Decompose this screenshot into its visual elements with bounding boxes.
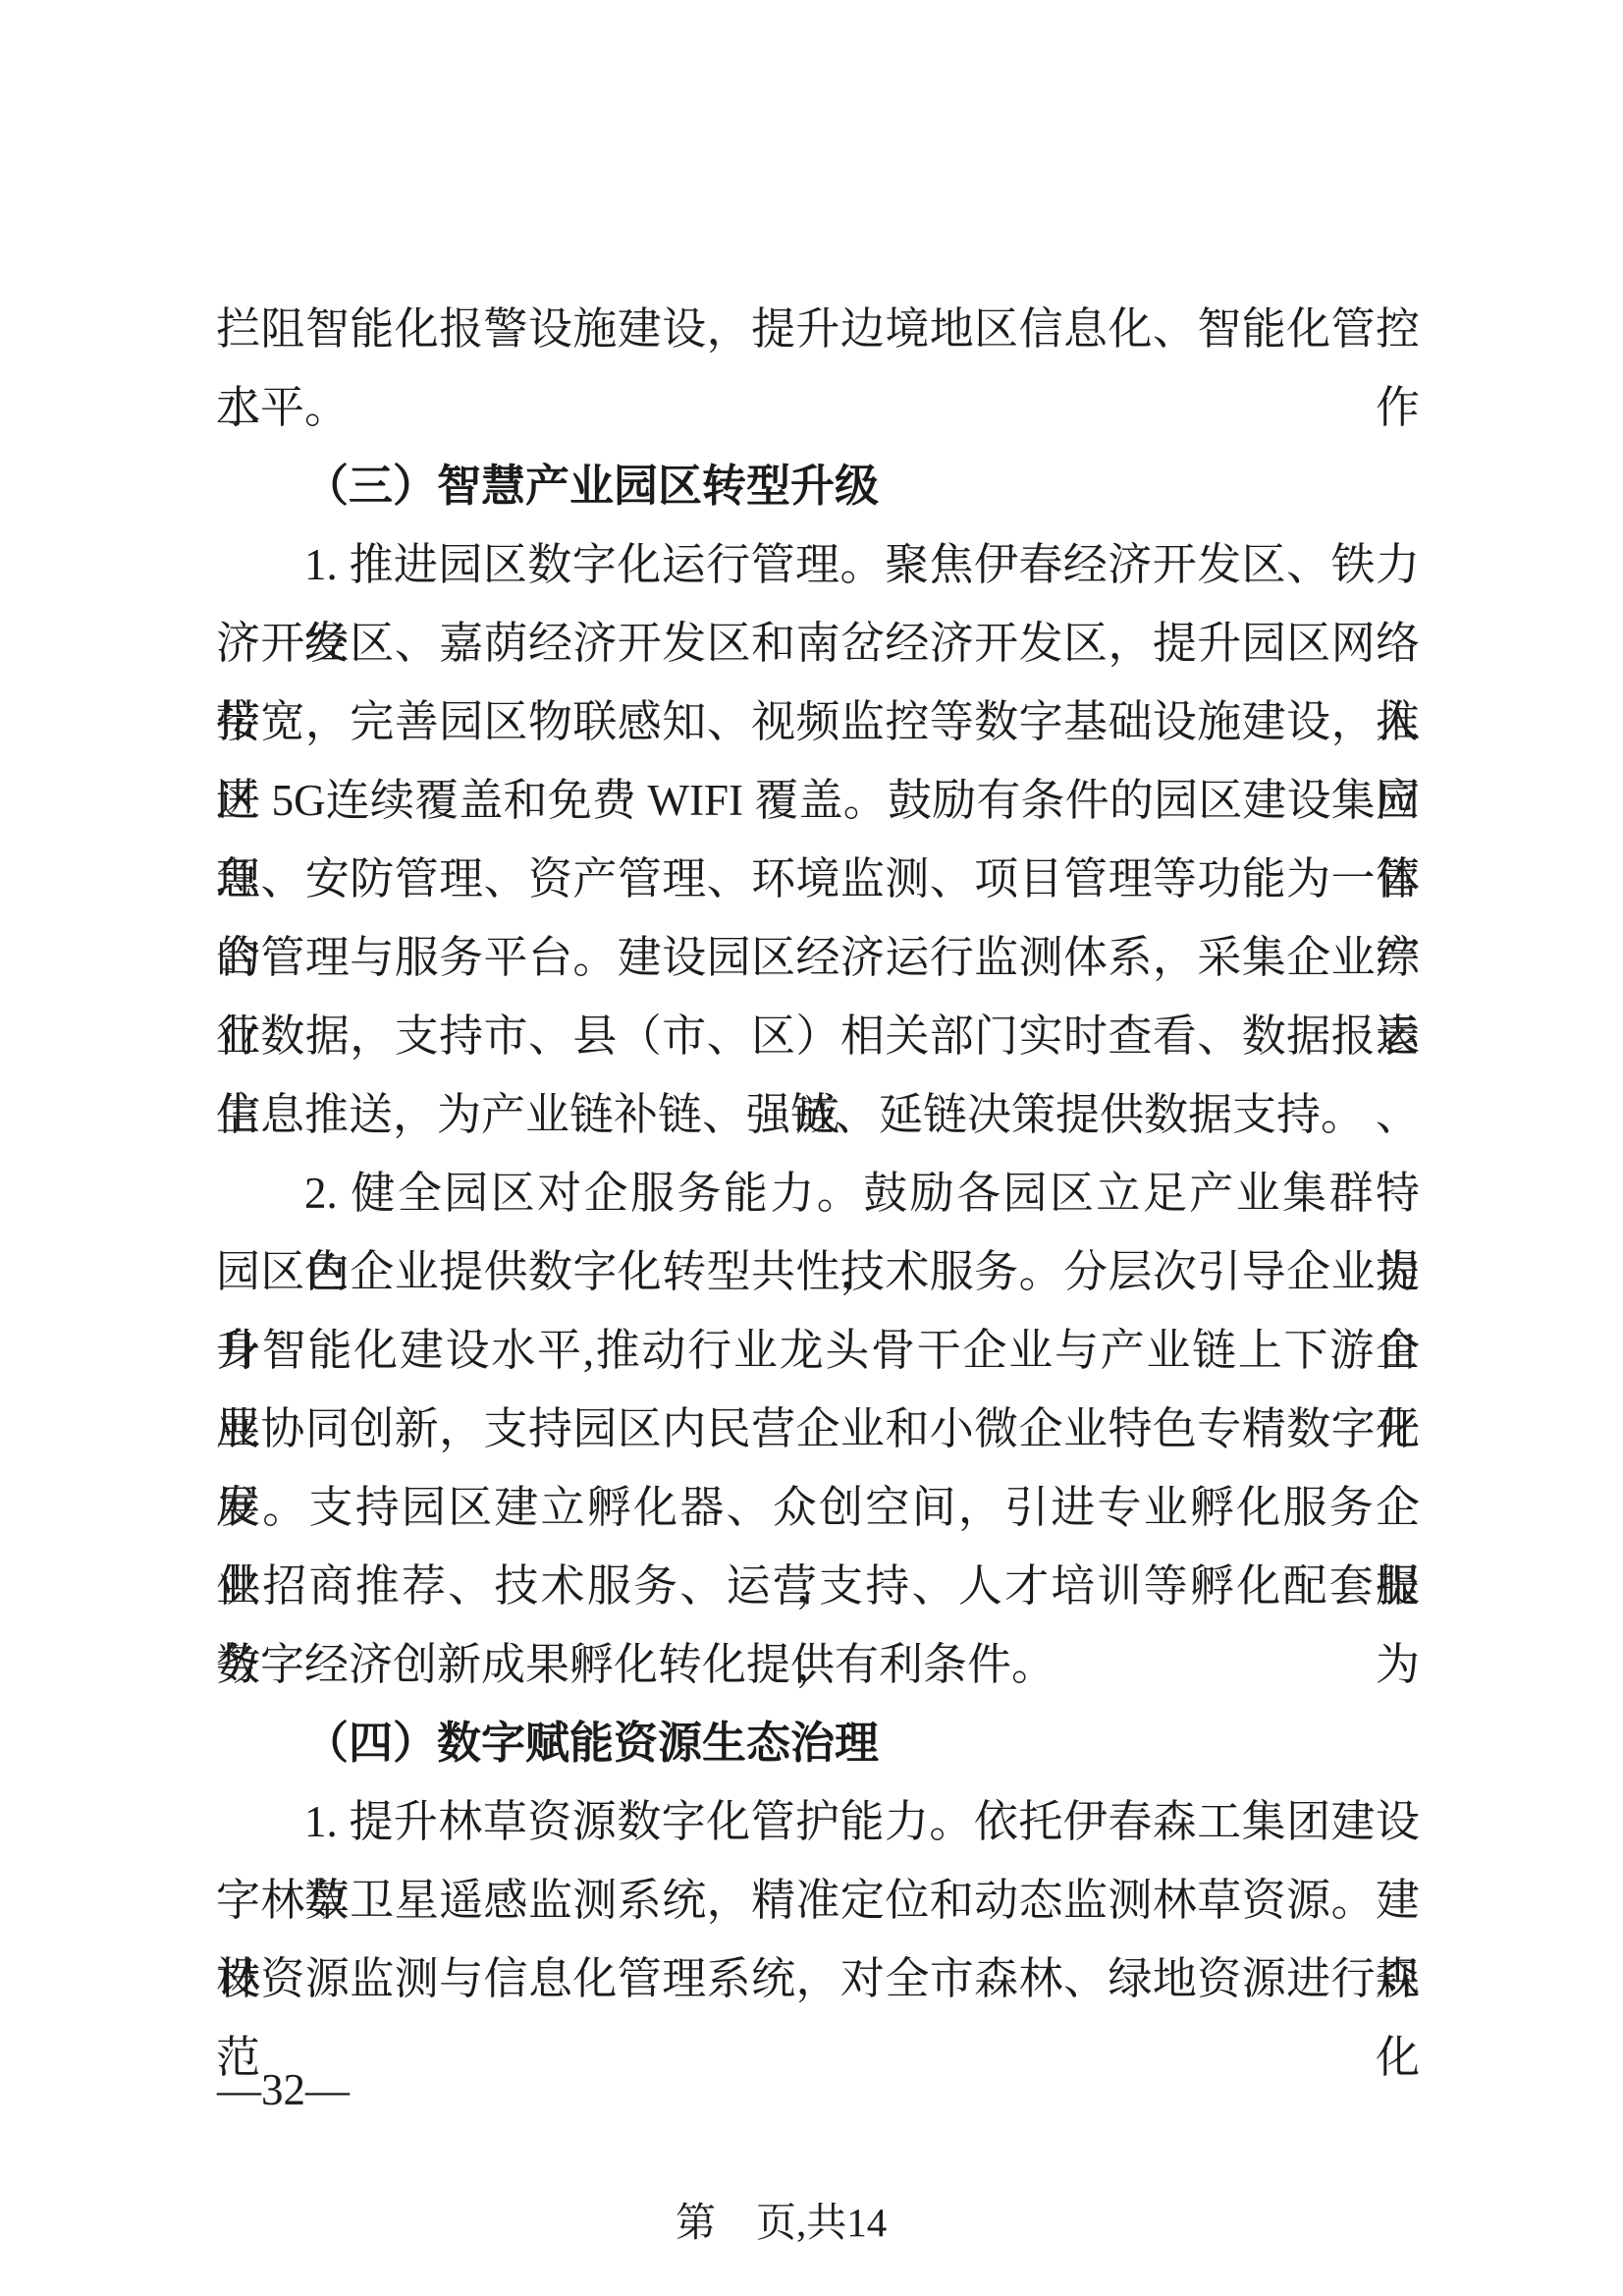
page-body: 拦阻智能化报警设施建设，提升边境地区信息化、智能化管控工作 水平。 （三）智慧产…: [216, 290, 1420, 2018]
text-line: 1. 推进园区数字化运行管理。聚焦伊春经济开发区、铁力经: [216, 525, 1420, 604]
text-line: 字林草卫星遥感监测系统，精准定位和动态监测林草资源。建设森: [216, 1861, 1420, 1940]
section-heading-3: （三）智慧产业园区转型升级: [216, 447, 1420, 525]
text-line: 济开发区、嘉荫经济开发区和南岔经济开发区，提升园区网络接入: [216, 604, 1420, 683]
text-line: 理、安防管理、资产管理、环境监测、项目管理等功能为一体的综: [216, 840, 1420, 918]
text-line: 展协同创新，支持园区内民营企业和小微企业特色专精数字化发: [216, 1390, 1420, 1468]
text-line: 信息推送，为产业链补链、强链、延链决策提供数据支持。: [216, 1075, 1420, 1154]
text-line: 林资源监测与信息化管理系统，对全市森林、绿地资源进行规范化: [216, 1940, 1420, 2018]
text-line: 2. 健全园区对企服务能力。鼓励各园区立足产业集群特色，为: [216, 1154, 1420, 1232]
text-line: 带宽，完善园区物联感知、视频监控等数字基础设施建设，推进园: [216, 683, 1420, 761]
section-heading-4: （四）数字赋能资源生态治理: [216, 1704, 1420, 1782]
text-line: 展。支持园区建立孵化器、众创空间，引进专业孵化服务企业，提: [216, 1468, 1420, 1547]
document-page: 拦阻智能化报警设施建设，提升边境地区信息化、智能化管控工作 水平。 （三）智慧产…: [0, 0, 1623, 2296]
text-line: 拦阻智能化报警设施建设，提升边境地区信息化、智能化管控工作: [216, 290, 1420, 368]
text-line: 区 5G连续覆盖和免费 WIFI 覆盖。鼓励有条件的园区建设集应急管: [216, 761, 1420, 840]
text-line: 身智能化建设水平,推动行业龙头骨干企业与产业链上下游企业开: [216, 1311, 1420, 1390]
page-number: —32—: [217, 2068, 350, 2112]
text-line: 行数据，支持市、县（市、区）相关部门实时查看、数据报表生成、: [216, 997, 1420, 1075]
pagination-footer: 第 页,共14: [676, 2203, 887, 2243]
text-line: 供招商推荐、技术服务、运营支持、人才培训等孵化配套服务，为: [216, 1547, 1420, 1625]
text-line: 合管理与服务平台。建设园区经济运行监测体系，采集企业产业运: [216, 918, 1420, 997]
text-line: 园区内企业提供数字化转型共性技术服务。分层次引导企业提升自: [216, 1232, 1420, 1311]
text-line: 1. 提升林草资源数字化管护能力。依托伊春森工集团建设数: [216, 1782, 1420, 1861]
